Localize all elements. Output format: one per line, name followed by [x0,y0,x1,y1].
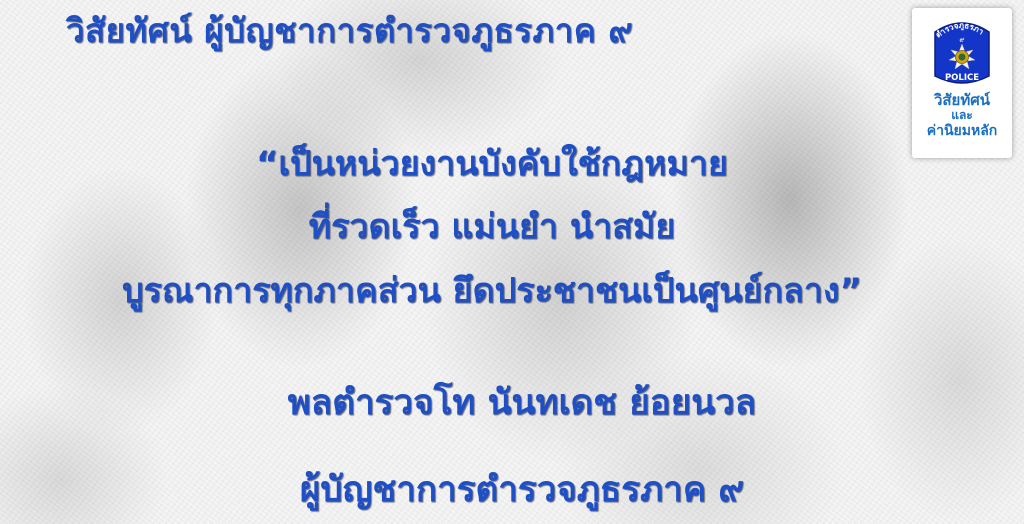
logo-caption-and: และ [927,109,998,123]
signatory-name: พลตำรวจโท นันทเดช ย้อยนวล [10,375,1024,430]
badge-number: ๙ [959,36,964,44]
logo-caption: วิสัยทัศน์ และ ค่านิยมหลัก [927,92,998,139]
police-badge-icon: ตำรวจภูธรภาค ๙ POLICE [929,14,995,90]
vision-quote-line-1: “เป็นหน่วยงานบังคับใช้กฎหมาย [0,136,1004,190]
badge-police-label: POLICE [945,73,979,83]
signatory-position: ผู้บัญชาการตำรวจภูธรภาค ๙ [10,462,1024,517]
page-title: วิสัยทัศน์ ผู้บัญชาการตำรวจภูธรภาค ๙ [66,4,633,57]
vision-quote-line-3: บูรณาการทุกภาคส่วน ยึดประชาชนเป็นศูนย์กล… [0,263,1004,317]
faded-photo-background [0,0,1024,524]
logo-caption-vision: วิสัยทัศน์ [927,92,998,109]
vision-quote-line-2: ที่รวดเร็ว แม่นยำ นำสมัย [0,199,1004,253]
